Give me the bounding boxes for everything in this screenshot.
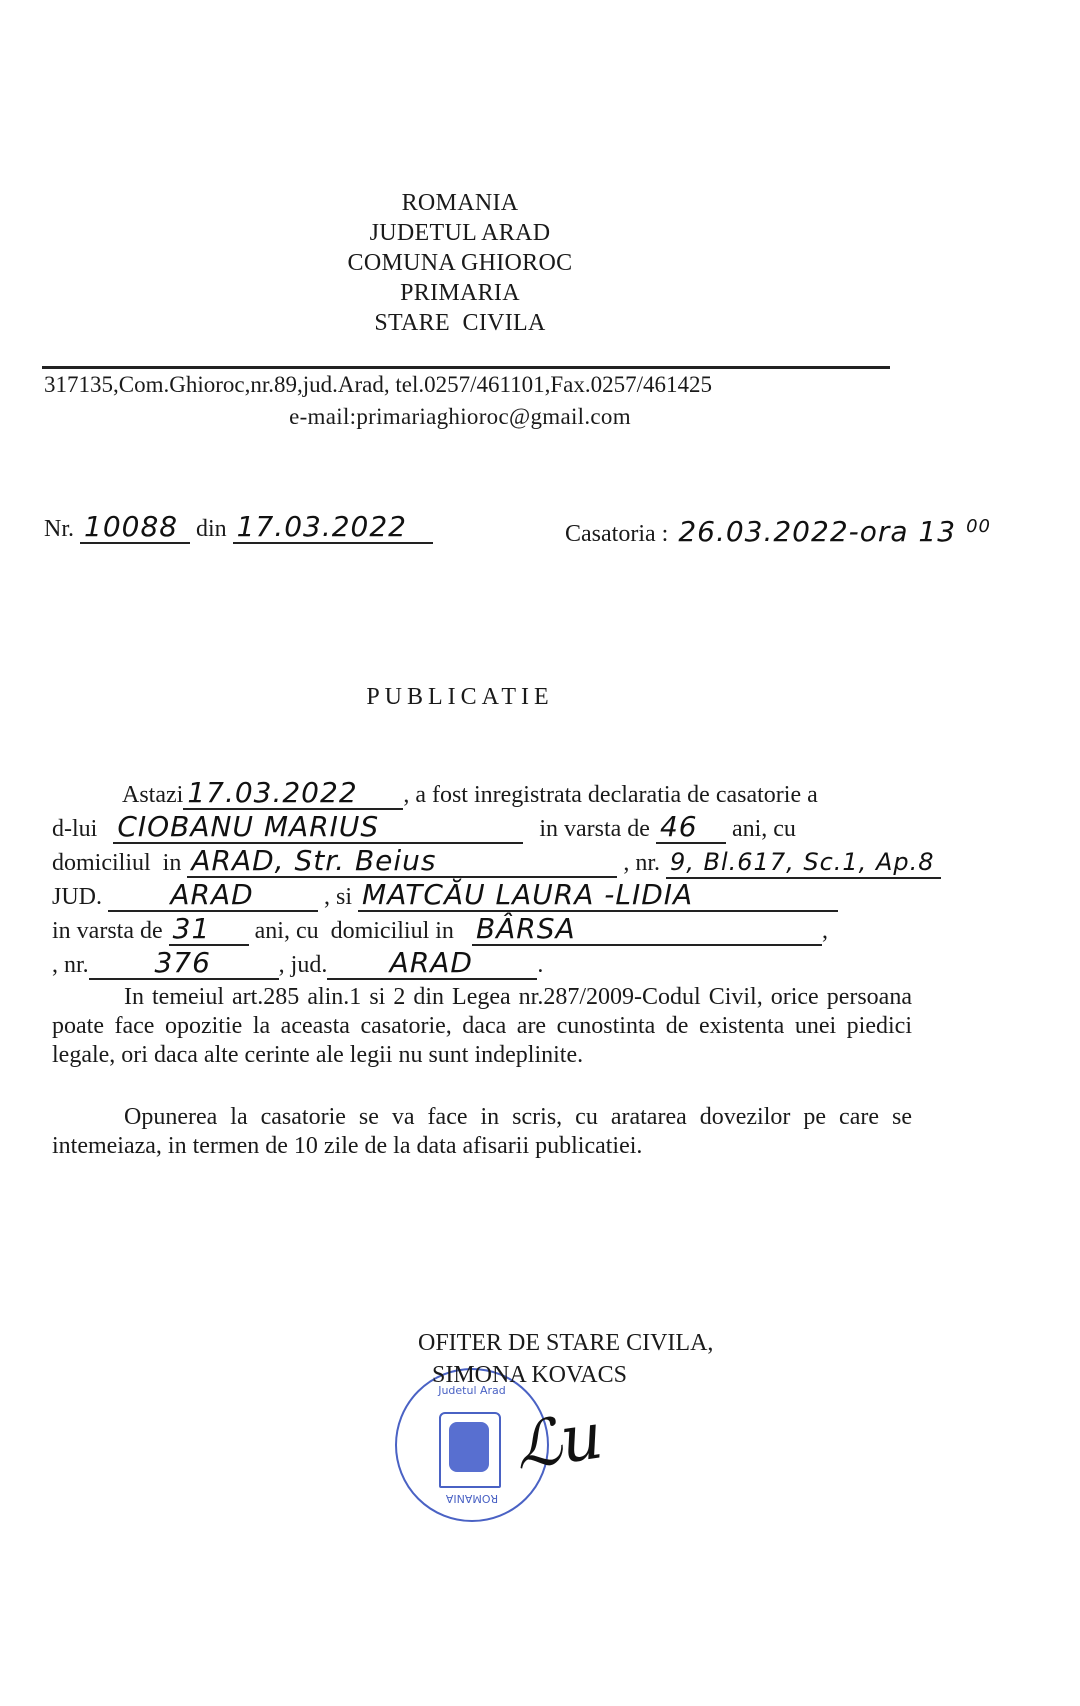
header-divider [42,366,890,369]
bride-age: 31 [169,914,249,946]
handwritten-signature: ℒu [510,1399,607,1484]
legal-paragraph-1: In temeiul art.285 alin.1 si 2 din Legea… [52,983,912,1070]
officer-title: OFITER DE STARE CIVILA, [418,1330,713,1357]
legal-text-1: In temeiul art.285 alin.1 si 2 din Legea… [52,984,912,1068]
declaration-line-4: JUD. ARAD , si MATCĂU LAURA -LIDIA [52,880,838,912]
header-country: ROMANIA [0,190,920,217]
ani-cu-label: ani, cu [732,816,796,842]
groom-county: ARAD [108,880,318,912]
registration-line: Nr. 10088 din 17.03.2022 [44,512,433,544]
header-commune: COMUNA GHIOROC [0,250,920,277]
jud-label-2: , jud. [279,952,328,978]
declaration-line-3: domiciliul in ARAD, Str. Beius , nr. 9, … [52,846,941,879]
declaration-line-1: Astazi17.03.2022, a fost inregistrata de… [122,778,818,810]
domicile-label: domiciliul in [52,850,181,876]
marriage-date-line: Casatoria : 26.03.2022-ora 1300 [565,512,997,548]
jud-label: JUD. [52,884,102,910]
legal-text-2: Opunerea la casatorie se va face in scri… [52,1104,912,1159]
registration-number: 10088 [80,512,190,544]
period: . [537,952,543,978]
declaration-text-1: , a fost inregistrata declaratia de casa… [403,782,817,808]
declaration-line-2: d-lui CIOBANU MARIUS in varsta de 46 ani… [52,812,796,844]
marriage-date: 26.03.2022-ora 13 [674,517,962,547]
nr-label-3: , nr. [52,952,89,978]
si-label: , si [324,884,352,910]
bride-name: MATCĂU LAURA -LIDIA [358,880,838,912]
header-office: PRIMARIA [0,280,920,307]
header-department: STARE CIVILA [0,310,920,337]
declaration-line-6: , nr.376, jud.ARAD. [52,948,543,980]
nr-label-2: , nr. [623,850,660,876]
header-address: 317135,Com.Ghioroc,nr.89,jud.Arad, tel.0… [44,372,712,398]
officer-name: SIMONA KOVACS [432,1362,627,1389]
header-email: e-mail:primariaghioroc@gmail.com [0,404,920,430]
marriage-time-minutes: 00 [962,512,997,542]
nr-label: Nr. [44,516,74,542]
age-label-2: in varsta de [52,918,163,944]
comma: , [822,918,828,944]
bride-locality: BÂRSA [472,914,822,946]
declaration-date: 17.03.2022 [183,778,403,810]
groom-address: ARAD, Str. Beius [187,846,617,878]
coat-of-arms-icon [449,1422,489,1472]
casatoria-label: Casatoria : [565,521,668,547]
dlui-label: d-lui [52,816,97,842]
din-label: din [196,516,227,542]
stamp-bottom-text: ROMANIA [397,1492,547,1505]
header-county: JUDETUL ARAD [0,220,920,247]
legal-paragraph-2: Opunerea la casatorie se va face in scri… [52,1103,912,1161]
registration-date: 17.03.2022 [233,512,433,544]
groom-age: 46 [656,812,726,844]
declaration-line-5: in varsta de 31 ani, cu domiciliul in BÂ… [52,914,828,946]
groom-street-number: 9, Bl.617, Sc.1, Ap.8 [666,847,941,879]
age-label: in varsta de [539,816,650,842]
astazi-label: Astazi [122,782,183,808]
document-title: PUBLICATIE [0,684,920,711]
bride-domicile-label: ani, cu domiciliul in [255,918,454,944]
groom-name: CIOBANU MARIUS [113,812,523,844]
bride-county: ARAD [327,948,537,980]
bride-street-number: 376 [89,948,279,980]
